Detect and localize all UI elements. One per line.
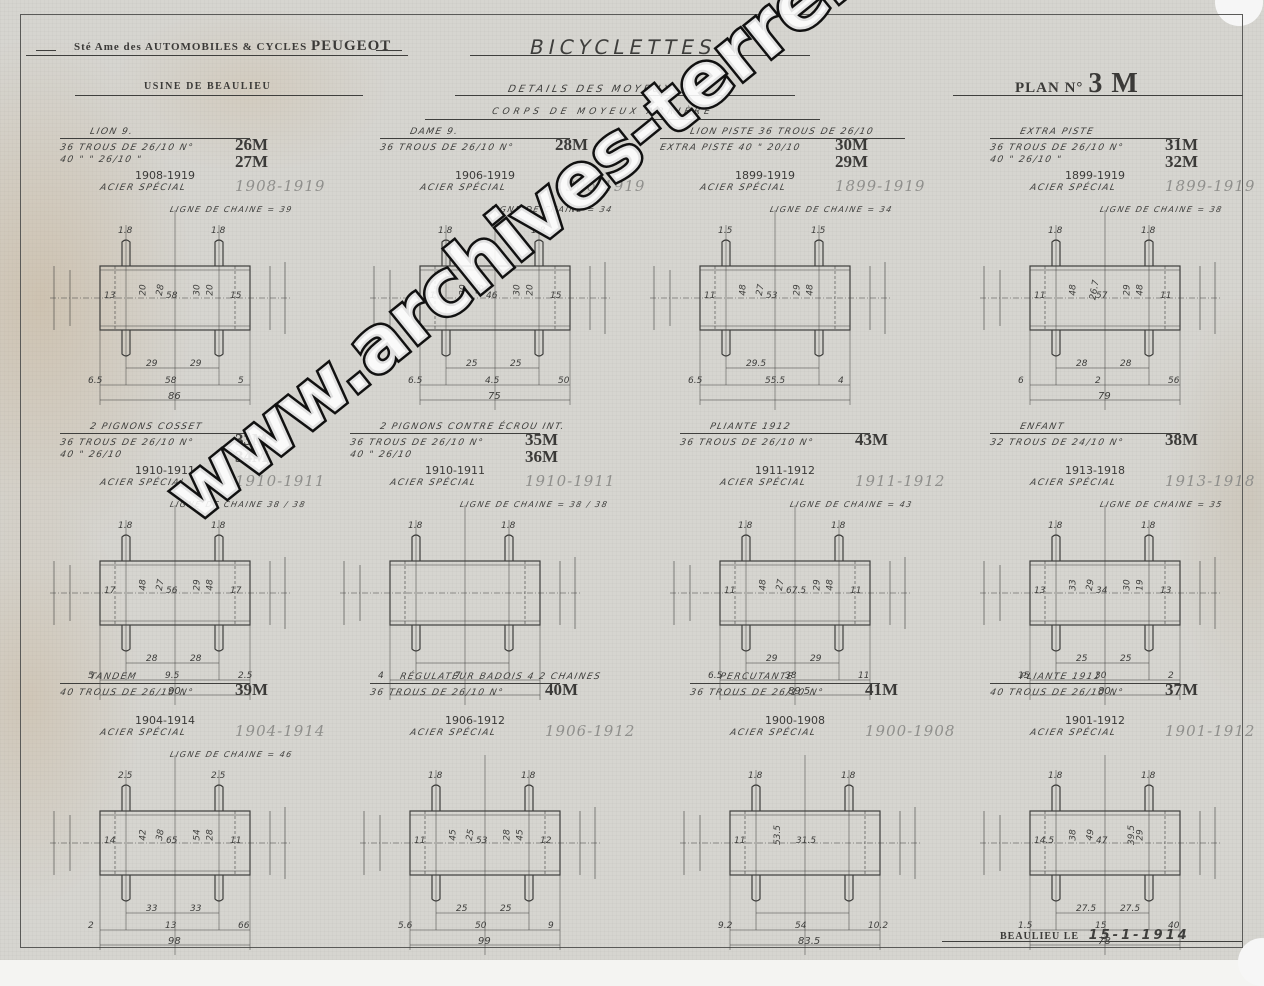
dash [36, 50, 56, 51]
dim-inner-left: 13 [104, 291, 115, 301]
dim-body: 34 [1096, 586, 1107, 596]
dim-diameter-2: 27 [775, 578, 787, 591]
dim-diameter-4: 29 [1136, 829, 1146, 840]
dim-flange-left: 1.8 [1048, 226, 1062, 236]
dim-half-right: 25 [500, 904, 511, 914]
dim-diameter-4: 20 [526, 284, 536, 295]
hub-spec-1: 32 TROUS DE 24/10 N° [989, 438, 1125, 448]
hub-material: ACIER SPÉCIAL [699, 183, 787, 193]
company-name: Sté Ame des AUTOMOBILES & CYCLES PEUGEOT [74, 38, 391, 55]
dim-diameter-3: 28 [503, 829, 513, 840]
dim-half-right: 33 [190, 904, 201, 914]
dim-inner-left: 13 [1034, 586, 1045, 596]
dim-diameter-1: 48 [759, 579, 769, 590]
hub-production-years: 1906-1912 [445, 714, 505, 727]
hub-part-number-1: 40M [545, 680, 578, 700]
dim-diameter-4: 48 [206, 579, 216, 590]
hub-name: TANDEM [89, 672, 138, 682]
dash [376, 50, 402, 51]
hub-material: ACIER SPÉCIAL [99, 728, 187, 738]
dim-flange-right: 1.8 [831, 521, 845, 531]
dim-flange-left: 1.8 [428, 771, 442, 781]
hub-title-underline [680, 433, 870, 434]
dim-bottom-2: 58 [165, 376, 176, 386]
dim-overall: 79 [1098, 391, 1111, 402]
dim-flange-right: 1.5 [811, 226, 825, 236]
company-underline [26, 55, 408, 56]
hub-production-years: 1899-1919 [735, 169, 795, 182]
dim-bottom-1: 4 [378, 671, 384, 681]
hub-chain-line: LIGNE DE CHAINE = 39 [169, 205, 294, 214]
dim-bottom-2: 54 [795, 921, 806, 931]
dim-inner-left: 11 [704, 291, 715, 301]
hub-name: PLIANTE 1912 [709, 422, 792, 432]
hub-material: ACIER SPÉCIAL [1029, 478, 1117, 488]
hub-title-underline [690, 683, 880, 684]
hub-production-years: 1904-1914 [135, 714, 195, 727]
dim-bottom-1: 6 [1018, 376, 1024, 386]
dim-half-right: 28 [1120, 359, 1131, 369]
dim-half-left: 29.5 [746, 359, 766, 369]
dim-diameter-4: 48 [1136, 284, 1146, 295]
dim-half-right: 29 [190, 359, 201, 369]
dim-half-left: 27.5 [1076, 904, 1096, 914]
hub-spec-1: 36 TROUS DE 26/10 N° [59, 143, 195, 153]
dim-diameter-3: 29 [813, 579, 823, 590]
dim-half-left: 33 [146, 904, 157, 914]
dim-diameter-1: 48 [139, 579, 149, 590]
dim-diameter-1: 45 [449, 829, 459, 840]
hub-name: LION 9. [89, 127, 135, 137]
dim-half-right: 27.5 [1120, 904, 1140, 914]
dim-diameter-4: 48 [826, 579, 836, 590]
hub-spec-1: 36 TROUS DE 26/10 N° [379, 143, 515, 153]
dim-diameter-2: 27 [155, 578, 167, 591]
dim-inner-right: 11 [850, 586, 861, 596]
dim-inner-right: 13 [1160, 586, 1171, 596]
hub-spec-1: 36 TROUS DE 26/10 N° [689, 688, 825, 698]
hub-pencil-years: 1899-1919 [1165, 177, 1255, 195]
dim-flange-right: 2.5 [211, 771, 225, 781]
hub-chain-line: LIGNE DE CHAINE = 43 [789, 500, 914, 509]
hub-spec-2: 40 " " 26/10 " [59, 155, 143, 165]
hub-spec-2: 40 " 26/10 [59, 450, 123, 460]
dim-bottom-1: 6.5 [688, 376, 702, 386]
dim-body: 65 [166, 836, 177, 846]
dim-diameter-4: 45 [516, 829, 526, 840]
dim-diameter-2: 28 [155, 283, 167, 296]
dim-flange-right: 1.8 [1141, 226, 1155, 236]
dim-diameter-2: 38 [155, 828, 167, 841]
dim-bottom-2: 2 [1095, 376, 1101, 386]
dim-flange-left: 1.8 [118, 226, 132, 236]
hub-production-years: 1908-1919 [135, 169, 195, 182]
dim-inner-left: 11 [734, 836, 745, 846]
dim-bottom-2: 13 [165, 921, 176, 931]
hub-chain-line: LIGNE DE CHAINE = 46 [169, 750, 294, 759]
hub-material: ACIER SPÉCIAL [719, 478, 807, 488]
dim-diameter-4: 19 [1136, 579, 1146, 590]
hub-title-underline [60, 683, 250, 684]
hub-name: PERCUTANTE [719, 672, 795, 682]
dim-bottom-3: 50 [558, 376, 569, 386]
hub-spec-2: 40 " 26/10 " [989, 155, 1063, 165]
hub-production-years: 1900-1908 [765, 714, 825, 727]
dim-half-right: 28 [190, 654, 201, 664]
hub-chain-line: LIGNE DE CHAINE = 34 [769, 205, 894, 214]
hub-title-underline [990, 138, 1180, 139]
hub-name: ENFANT [1019, 422, 1066, 432]
brand-name: PEUGEOT [311, 38, 391, 54]
hub-pencil-years: 1901-1912 [1165, 722, 1255, 740]
hub-part-number-1: 41M [865, 680, 898, 700]
dim-inner-left: 14.5 [1034, 836, 1054, 846]
hub-material: ACIER SPÉCIAL [729, 728, 817, 738]
plan-number: PLAN N° 3 M [1015, 68, 1139, 100]
hub-cross-section [660, 220, 900, 420]
dim-flange-right: 1.8 [521, 771, 535, 781]
blueprint-sheet: Sté Ame des AUTOMOBILES & CYCLES PEUGEOT… [0, 0, 1264, 960]
dim-inner-right: 12 [540, 836, 551, 846]
hub-cross-section [990, 220, 1230, 420]
hub-pencil-years: 1904-1914 [235, 722, 325, 740]
dim-diameter-4: 28 [206, 829, 216, 840]
dim-body: 56 [166, 586, 177, 596]
dim-flange-right: 1.8 [1141, 771, 1155, 781]
hub-part-number-2: 27M [235, 152, 268, 172]
dim-bottom-3: 4 [838, 376, 844, 386]
hub-part-number-1: 38M [1165, 430, 1198, 450]
dim-diameter-1: 42 [139, 829, 149, 840]
hub-chain-line: LIGNE DE CHAINE = 35 [1099, 500, 1224, 509]
dim-inner-left: 11 [724, 586, 735, 596]
dim-half-left: 29 [766, 654, 777, 664]
dim-bottom-2: 55.5 [765, 376, 785, 386]
dim-flange-right: 1.8 [211, 226, 225, 236]
dim-flange-left: 1.8 [1048, 521, 1062, 531]
dim-diameter-3: 29 [793, 284, 803, 295]
hub-name: DAME 9. [409, 127, 460, 137]
hub-name: EXTRA PISTE [1019, 127, 1095, 137]
factory-name: USINE DE BEAULIEU [144, 81, 271, 92]
hub-part-number-2: 36M [525, 447, 558, 467]
dim-diameter-1: 48 [739, 284, 749, 295]
dim-half-left: 25 [456, 904, 467, 914]
dim-diameter-2: 49 [1085, 828, 1097, 841]
hub-production-years: 1911-1912 [755, 464, 815, 477]
dim-body: 53 [766, 291, 777, 301]
dim-half-right: 25 [1120, 654, 1131, 664]
footer-date: BEAULIEU LE 15-1-1914 [1000, 928, 1190, 943]
dim-inner-left: 11 [1034, 291, 1045, 301]
dim-inner-right: 11 [1160, 291, 1171, 301]
dim-diameter-1: 38 [1069, 829, 1079, 840]
dim-flange-right: 1.8 [1141, 521, 1155, 531]
hub-spec-1: 36 TROUS DE 26/10 N° [679, 438, 815, 448]
dim-bottom-3: 10.2 [868, 921, 888, 931]
factory-underline [75, 95, 363, 96]
dim-inner-right: 17 [230, 586, 241, 596]
dim-bottom-1: 2 [88, 921, 94, 931]
hub-pencil-years: 1908-1919 [235, 177, 325, 195]
dim-bottom-3: 66 [238, 921, 249, 931]
dim-diameter-1: 33 [1069, 579, 1079, 590]
hub-title-underline [370, 683, 560, 684]
hub-spec-1: 36 TROUS DE 26/10 N° [989, 143, 1125, 153]
dim-body: 53 [476, 836, 487, 846]
dim-diameter-3: 30 [1123, 579, 1133, 590]
hub-part-number-1: 43M [855, 430, 888, 450]
dim-diameter-3: 29 [1123, 284, 1133, 295]
dim-bottom-1: 6.5 [408, 376, 422, 386]
dim-half-right: 29 [810, 654, 821, 664]
dim-inner-right: 15 [230, 291, 241, 301]
dim-flange-left: 1.8 [118, 521, 132, 531]
dim-diameter-1: 48 [1069, 284, 1079, 295]
hub-spec-1: 36 TROUS DE 26/10 N° [59, 438, 195, 448]
hub-part-number-1: 39M [235, 680, 268, 700]
dim-body: 47 [1096, 836, 1107, 846]
dim-diameter-2: 27 [755, 283, 767, 296]
dim-diameter-1: 53.5 [773, 825, 783, 845]
dim-diameter-2: 29 [1085, 578, 1097, 591]
dim-bottom-2: 9.5 [165, 671, 179, 681]
dim-inner-left: 14 [104, 836, 115, 846]
dim-overall: 99 [478, 936, 491, 947]
dim-half-right: 25 [510, 359, 521, 369]
hub-pencil-years: 1900-1908 [865, 722, 955, 740]
hub-title-underline [350, 433, 540, 434]
dim-diameter-2: 25 [465, 828, 477, 841]
dim-overall: 83.5 [798, 936, 820, 947]
hub-title-underline [990, 433, 1180, 434]
hub-material: ACIER SPÉCIAL [389, 478, 477, 488]
dim-overall: 75 [488, 391, 501, 402]
dim-flange-right: 1.8 [501, 521, 515, 531]
hub-part-number-2: 29M [835, 152, 868, 172]
hub-material: ACIER SPÉCIAL [1029, 183, 1117, 193]
hub-chain-line: LIGNE DE CHAINE = 38 / 38 [459, 500, 609, 509]
dim-diameter-4: 48 [806, 284, 816, 295]
hub-pencil-years: 1906-1912 [545, 722, 635, 740]
hub-production-years: 1913-1918 [1065, 464, 1125, 477]
hub-name: PLIANTE 1911 [1019, 672, 1102, 682]
dim-bottom-2: 50 [475, 921, 486, 931]
dim-flange-left: 2.5 [118, 771, 132, 781]
hub-pencil-years: 1911-1912 [855, 472, 945, 490]
dim-flange-left: 1.8 [408, 521, 422, 531]
dim-flange-left: 1.8 [738, 521, 752, 531]
hub-material: ACIER SPÉCIAL [409, 728, 497, 738]
dim-inner-right: 11 [230, 836, 241, 846]
dim-bottom-3: 56 [1168, 376, 1179, 386]
hub-name: 2 PIGNONS COSSET [89, 422, 204, 432]
hub-pencil-years: 1899-1919 [835, 177, 925, 195]
hub-part-number-1: 37M [1165, 680, 1198, 700]
dim-flange-right: 1.8 [841, 771, 855, 781]
hub-production-years: 1910-1911 [425, 464, 485, 477]
dim-bottom-1: 6.5 [88, 376, 102, 386]
dim-overall: 86 [168, 391, 181, 402]
dim-body: 67.5 [786, 586, 806, 596]
hub-spec-1: 40 TROUS DE 26/10 N° [59, 688, 195, 698]
hub-production-years: 1901-1912 [1065, 714, 1125, 727]
dim-body: 31.5 [796, 836, 816, 846]
hub-production-years: 1899-1919 [1065, 169, 1125, 182]
dim-flange-left: 1.8 [1048, 771, 1062, 781]
hub-title-underline [380, 138, 570, 139]
hub-material: ACIER SPÉCIAL [99, 183, 187, 193]
dim-half-left: 28 [146, 654, 157, 664]
dim-bottom-1: 9.2 [718, 921, 732, 931]
hub-cross-section [60, 765, 300, 960]
dim-overall: 98 [168, 936, 181, 947]
dim-diameter-3: 29 [193, 579, 203, 590]
dim-flange-left: 1.5 [718, 226, 732, 236]
hub-pencil-years: 1913-1918 [1165, 472, 1255, 490]
dim-half-left: 25 [1076, 654, 1087, 664]
dim-inner-right: 15 [550, 291, 561, 301]
dim-bottom-3: 9 [548, 921, 554, 931]
dim-half-left: 28 [1076, 359, 1087, 369]
hub-pencil-years: 1910-1911 [525, 472, 615, 490]
hub-spec-1: 40 TROUS DE 26/10 N° [989, 688, 1125, 698]
dim-flange-left: 1.8 [748, 771, 762, 781]
dim-body: 58 [166, 291, 177, 301]
hub-title-underline [990, 683, 1180, 684]
dim-bottom-1: 5.6 [398, 921, 412, 931]
dim-inner-left: 17 [104, 586, 115, 596]
dim-diameter-4: 20 [206, 284, 216, 295]
dim-inner-left: 11 [414, 836, 425, 846]
dim-bottom-3: 5 [238, 376, 244, 386]
hub-spec-2: 40 " 26/10 [349, 450, 413, 460]
hub-chain-line: LIGNE DE CHAINE = 38 [1099, 205, 1224, 214]
hub-material: ACIER SPÉCIAL [1029, 728, 1117, 738]
dim-half-left: 25 [466, 359, 477, 369]
dim-diameter-3: 54 [193, 829, 203, 840]
dim-diameter-1: 20 [139, 284, 149, 295]
dim-half-left: 29 [146, 359, 157, 369]
dim-bottom-2: 4.5 [485, 376, 499, 386]
hub-spec-1: 36 TROUS DE 26/10 N° [369, 688, 505, 698]
dim-diameter-3: 30 [193, 284, 203, 295]
hub-title-underline [60, 138, 250, 139]
hub-part-number-2: 32M [1165, 152, 1198, 172]
hub-spec-1: 36 TROUS DE 26/10 N° [349, 438, 485, 448]
